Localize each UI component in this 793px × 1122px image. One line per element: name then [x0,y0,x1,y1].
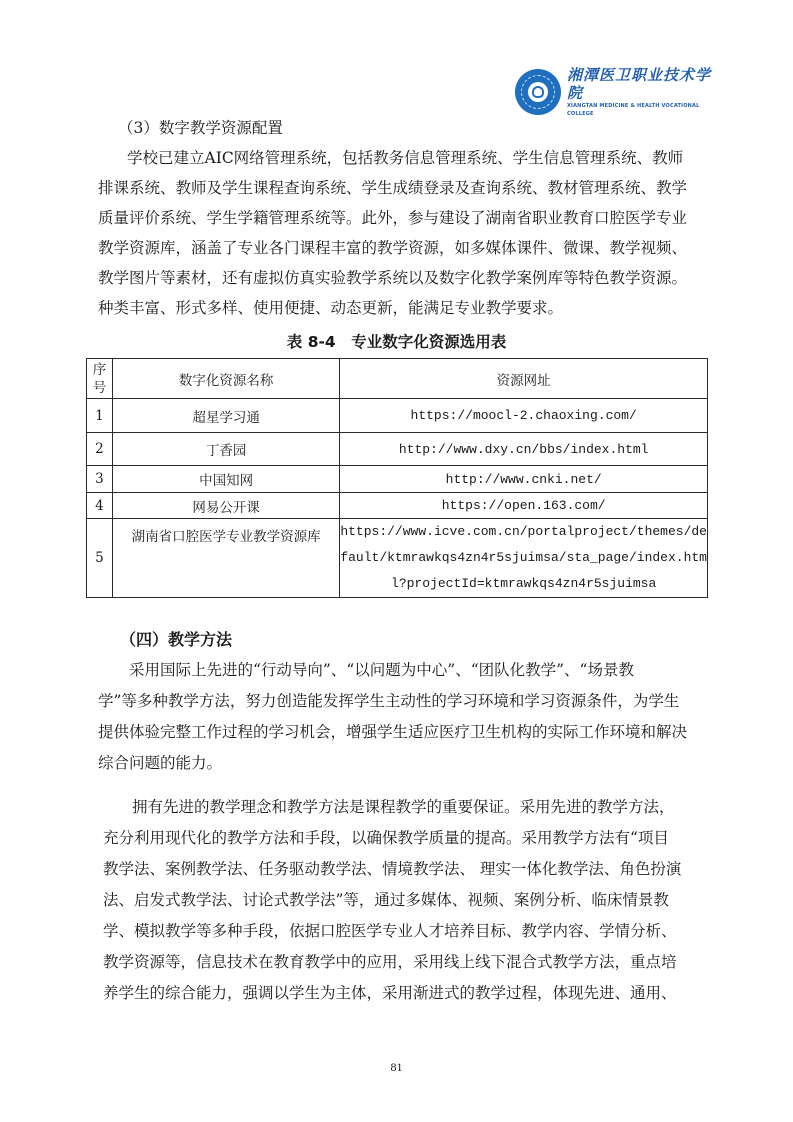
header-resource-url: 资源网址 [340,359,708,399]
cell-url: https://www.icve.com.cn/portalproject/th… [340,519,708,598]
cell-url: https://open.163.com/ [340,493,708,519]
text-line: 教学图片等素材，还有虚拟仿真实验教学系统以及数字化教学案例库等特色教学资源。 [98,263,723,293]
cell-url: http://www.dxy.cn/bbs/index.html [340,433,708,466]
url-line: l?projectId=ktmrawkqs4zn4r5sjuimsa [391,576,656,591]
table-row: 3 中国知网 http://www.cnki.net/ [87,466,708,493]
cell-serial: 3 [87,466,113,493]
logo-english-name: XIANGTAN MEDICINE & HEALTH VOCATIONAL CO… [567,102,725,118]
college-logo: 湘潭医卫职业技术学院 XIANGTAN MEDICINE & HEALTH VO… [515,67,725,117]
text-line: 种类丰富、形式多样、使用便捷、动态更新，能满足专业教学要求。 [98,293,723,323]
cell-name: 超星学习通 [112,399,339,433]
table-row: 4 网易公开课 https://open.163.com/ [87,493,708,519]
table-header-row: 序 号 数字化资源名称 资源网址 [87,359,708,399]
text-line: 学、模拟教学等多种手段，依据口腔医学专业人才培养目标、教学内容、学情分析、 [103,916,723,946]
url-line: fault/ktmrawkqs4zn4r5sjuimsa/sta_page/in… [340,550,707,565]
header-serial-line: 序 [93,362,107,378]
college-emblem-icon [515,69,561,115]
header-serial: 序 号 [87,359,113,399]
text-line: 拥有先进的教学理念和教学方法是课程教学的重要保证。采用先进的教学方法， [132,792,722,822]
cell-serial: 4 [87,493,113,519]
text-line: 充分利用现代化的教学方法和手段，以确保教学质量的提高。采用教学方法有“项目 [103,823,723,853]
text-line: 质量评价系统、学生学籍管理系统等。此外，参与建设了湖南省职业教育口腔医学专业 [98,203,723,233]
text-line: 采用国际上先进的“行动导向”、“以问题为中心”、“团队化教学”、“场景教 [129,655,723,685]
table-row: 2 丁香园 http://www.dxy.cn/bbs/index.html [87,433,708,466]
url-line: https://www.icve.com.cn/portalproject/th… [340,524,707,539]
text-line: 学校已建立AIC网络管理系统，包括教务信息管理系统、学生信息管理系统、教师 [127,143,723,173]
cell-name: 湖南省口腔医学专业教学资源库 [112,519,339,598]
header-serial-line: 号 [93,380,107,396]
text-line: 排课系统、教师及学生课程查询系统、学生成绩登录及查询系统、教材管理系统、教学 [98,173,723,203]
digital-resources-table: 序 号 数字化资源名称 资源网址 1 超星学习通 https://moocl-2… [86,358,708,598]
cell-serial: 5 [87,519,113,598]
table-row: 5 湖南省口腔医学专业教学资源库 https://www.icve.com.cn… [87,519,708,598]
header-resource-name: 数字化资源名称 [112,359,339,399]
text-line: 教学资源等，信息技术在教育教学中的应用，采用线上线下混合式教学方法，重点培 [103,947,723,977]
cell-name: 中国知网 [112,466,339,493]
section-heading-digital-resources: （3）数字教学资源配置 [118,116,283,140]
cell-url: https://moocl-2.chaoxing.com/ [340,399,708,433]
cell-name: 丁香园 [112,433,339,466]
text-line: 教学资源库，涵盖了专业各门课程丰富的教学资源，如多媒体课件、微课、教学视频、 [98,233,723,263]
table-row: 1 超星学习通 https://moocl-2.chaoxing.com/ [87,399,708,433]
cell-serial: 2 [87,433,113,466]
cell-name: 网易公开课 [112,493,339,519]
section-heading-teaching-methods: （四）教学方法 [120,627,232,650]
table-caption: 表 8-4 专业数字化资源选用表 [0,330,793,352]
text-line: 养学生的综合能力，强调以学生为主体，采用渐进式的教学过程，体现先进、通用、 [103,978,723,1008]
text-line: 学”等多种教学方法，努力创造能发挥学生主动性的学习环境和学习资源条件，为学生 [98,686,723,716]
logo-chinese-name: 湘潭医卫职业技术学院 [567,66,725,102]
page-number: 81 [0,1060,793,1075]
text-line: 法、启发式教学法、讨论式教学法”等，通过多媒体、视频、案例分析、临床情景教 [103,885,723,915]
text-line: 提供体验完整工作过程的学习机会，增强学生适应医疗卫生机构的实际工作环境和解决 [98,717,723,747]
cell-serial: 1 [87,399,113,433]
cell-url: http://www.cnki.net/ [340,466,708,493]
text-line: 教学法、案例教学法、任务驱动教学法、情境教学法、 理实一体化教学法、角色扮演 [103,854,723,884]
text-line: 综合问题的能力。 [98,748,723,778]
